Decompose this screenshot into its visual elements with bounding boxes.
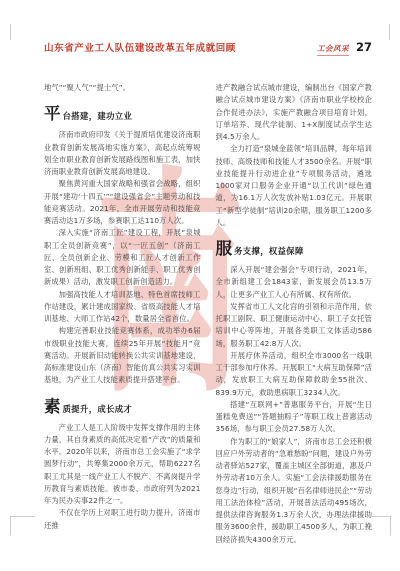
right-column: 进产教融合试点城市建设，编制出台《国家产教融合试点城市建设方案》《济南市职业学校… [216,82,373,541]
body-paragraph: 搭建“互联网+”普惠服务平台，开展“生日蛋糕免费送”“答题抽粽子”等职工线上普惠… [216,399,373,436]
crop-mark-bottom-right [366,516,391,535]
body-paragraph: 济南市政府印发《关于提质培优建设济南职业教育创新发展高地实施方案》，高起点统筹规… [44,129,201,178]
section-heading-initial: 平 [44,104,61,123]
page-number: 27 [356,40,372,54]
body-paragraph: 发挥省市工人文化宫的引领和示范作用，依托职工剧院、职工健康运动中心、职工子女托管… [216,301,373,350]
crop-mark-bottom-left [10,516,35,535]
body-paragraph: 地气”“聚人气”“提士气”。 [44,82,201,94]
section-heading-text: 质提升，成长成才 [63,404,133,414]
section-heading: 素质提升，成长成才 [44,398,201,418]
body-paragraph: 作为职工的“娘家人”，济南市总工会还积极回应户外劳动者的“急难愁盼”问题，建设户… [216,436,373,546]
left-column: 地气”“聚人气”“提士气”。平台搭建，建功立业济南市政府印发《关于提质培优建设济… [44,82,201,541]
section-heading-initial: 素 [44,397,61,416]
section-heading-text: 台搭建，建功立业 [63,111,133,121]
section-heading: 平台搭建，建功立业 [44,105,201,125]
body-paragraph: 聚焦黄河重大国家战略和强省会战略，组织开展“建功‘十四五’”“建设强省会”主题劳… [44,178,201,227]
body-paragraph: 加强高技能人才培训基地、特色首席技师工作站建设，累计建成国家级、省级高技能人才培… [44,289,201,326]
body-paragraph: 进产教融合试点城市建设，编制出台《国家产教融合试点城市建设方案》《济南市职业学校… [216,82,373,143]
body-paragraph: 不仅在学历上对职工进行助力提升，济南市还推 [44,507,201,532]
body-paragraph: 深入实施“济南工匠”建设工程，开展“泉城职工全员创新竞赛”，以“一匠五创”（济南… [44,227,201,288]
body-paragraph: 产业工人是工人阶级中发挥支撑作用的主体力量，其自身素质的高低决定着“产改”的质量… [44,422,201,508]
section-heading-text: 务支撑，权益保障 [234,246,304,256]
body-paragraph: 开展疗休养活动，组织全市3000名一线职工干部参加疗休养。开展职工“大病互助保障… [216,350,373,399]
magazine-column-logo: 工会风采 [317,43,349,56]
body-paragraph: 构建完善职业技能竞赛体系，成功举办6届市级职业技能大赛，连续25年开展“技能月”… [44,325,201,386]
body-paragraph: 深入开展“建会强会”专项行动，2021年，全市新组建工会1843家，新发展会员1… [216,264,373,301]
body-paragraph: 全力打造“泉城金蓝领”培训品牌，每年培训技师、高级技师和技能人才3500余名。开… [216,143,373,229]
page-header: 山东省产业工人队伍建设改革五年成就回顾 工会风采 27 [44,40,372,56]
section-heading: 服务支撑，权益保障 [216,240,373,260]
article-running-title: 山东省产业工人队伍建设改革五年成就回顾 [44,40,236,54]
header-right-group: 工会风采 27 [317,40,372,56]
article-body: 地气”“聚人气”“提士气”。平台搭建，建功立业济南市政府印发《关于提质培优建设济… [44,82,372,541]
section-heading-initial: 服 [216,239,233,258]
